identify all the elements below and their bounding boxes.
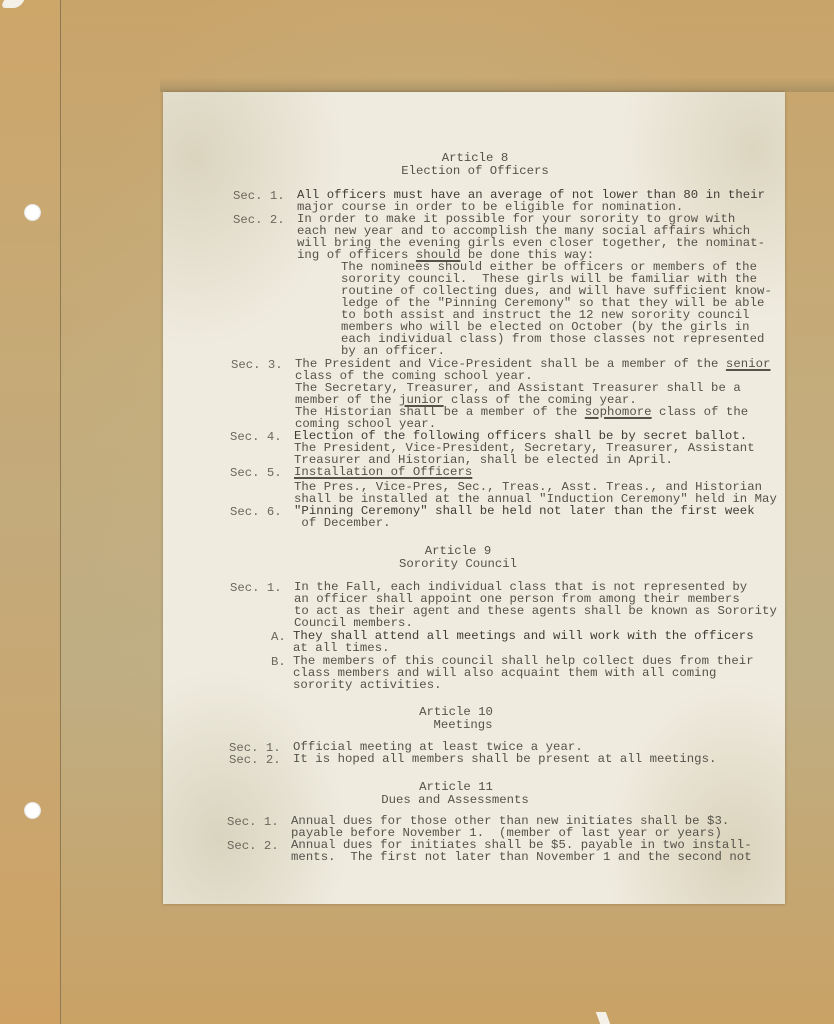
a8-sec5-label: Sec. 5.: [230, 466, 282, 480]
article-11-heading: Article 11: [306, 780, 606, 794]
a9-sec1-line4: Council members.: [294, 618, 413, 630]
article-10-title: Meetings: [313, 718, 613, 732]
article-9-heading: Article 9: [308, 544, 608, 558]
binding-strip: [0, 0, 61, 1024]
a11-sec1-label: Sec. 1.: [227, 815, 279, 829]
a9-itemA-line2: at all times.: [293, 643, 390, 655]
a11-sec2-line2: ments. The first not later than November…: [291, 852, 752, 864]
a10-sec2-text: It is hoped all members shall be present…: [293, 754, 716, 766]
a8-sec1-label: Sec. 1.: [233, 189, 285, 203]
a8-sec3-label: Sec. 3.: [231, 358, 283, 372]
punch-hole-bottom: [24, 802, 41, 819]
a8-sec2-sub8: by an officer.: [341, 346, 445, 358]
a8-sec6-line2: of December.: [294, 518, 391, 530]
article-8-heading: Article 8: [325, 151, 625, 165]
a9-sec1-label: Sec. 1.: [230, 581, 282, 595]
a8-sec5-title: Installation of Officers: [294, 467, 472, 479]
a11-sec2-label: Sec. 2.: [227, 839, 279, 853]
article-9-title: Sorority Council: [308, 557, 608, 571]
a9-itemB-label: B.: [271, 655, 286, 669]
a8-sec4-label: Sec. 4.: [230, 430, 282, 444]
article-11-title: Dues and Assessments: [305, 793, 605, 807]
typewritten-sheet: Article 8 Election of Officers Sec. 1. A…: [163, 92, 785, 904]
sheet-shadow: [160, 78, 834, 92]
a8-sec6-label: Sec. 6.: [230, 505, 282, 519]
a9-itemB-line3: sorority activities.: [293, 680, 442, 692]
article-10-heading: Article 10: [306, 705, 606, 719]
article-8-title: Election of Officers: [325, 164, 625, 178]
punch-hole-top: [24, 204, 41, 221]
a9-itemA-label: A.: [271, 630, 286, 644]
a8-sec2-label: Sec. 2.: [233, 213, 285, 227]
torn-edge: [596, 1012, 610, 1024]
a10-sec2-label: Sec. 2.: [229, 753, 281, 767]
